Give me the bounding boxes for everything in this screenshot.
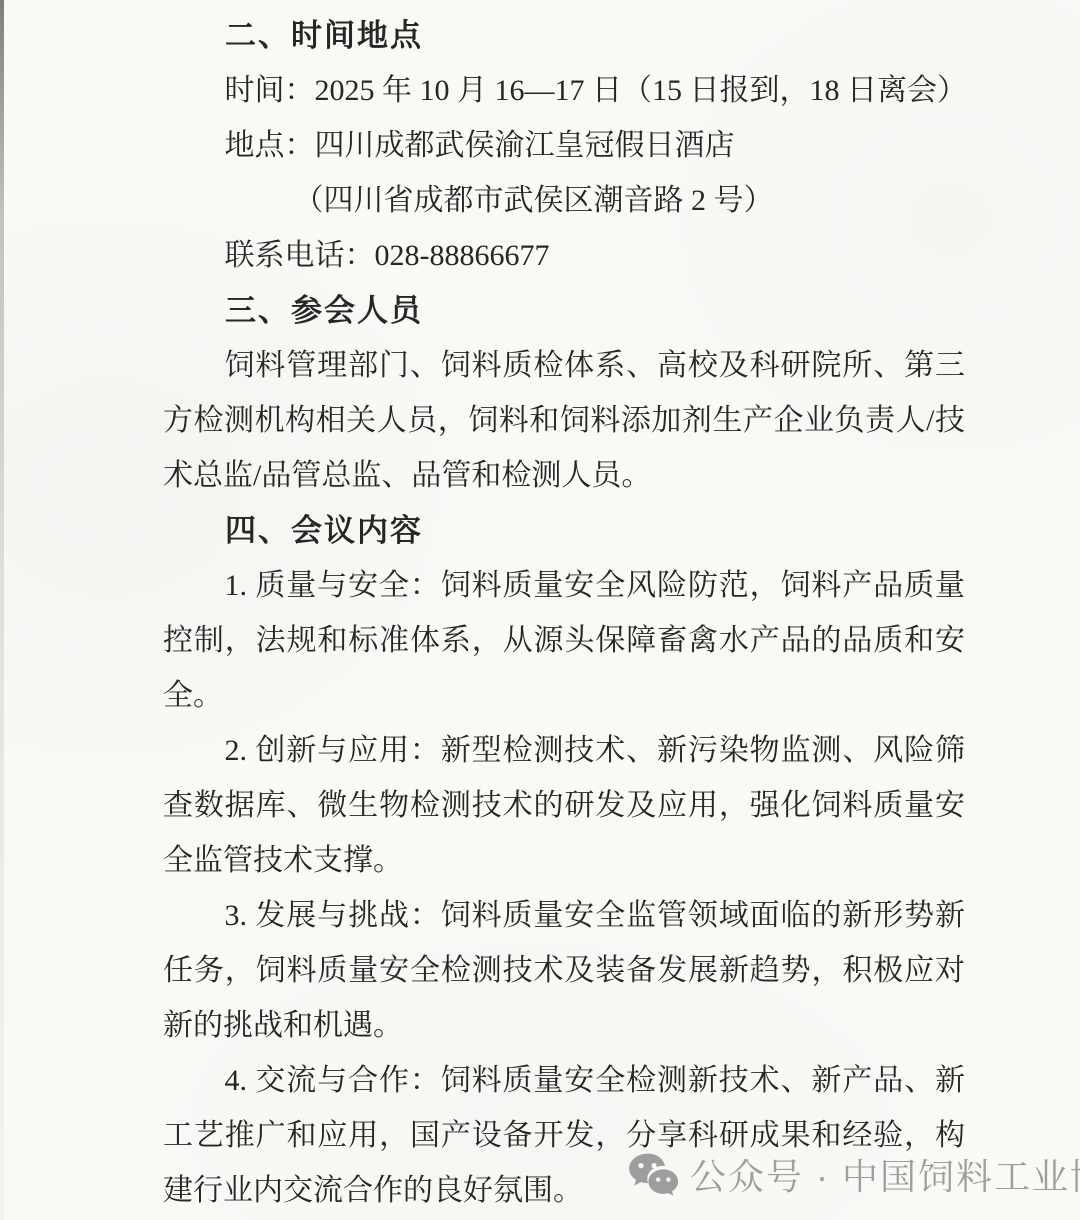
section-heading-attendees: 三、参会人员 [163,283,965,338]
time-line: 时间：2025 年 10 月 16—17 日（15 日报到，18 日离会） [163,63,965,118]
venue-line: 地点：四川成都武侯渝江皇冠假日酒店 [163,118,965,173]
agenda-item-1: 1. 质量与安全：饲料质量安全风险防范，饲料产品质量控制，法规和标准体系，从源头… [163,558,965,723]
section-heading-time-location: 二、时间地点 [163,8,965,63]
attendees-paragraph: 饲料管理部门、饲料质检体系、高校及科研院所、第三方检测机构相关人员，饲料和饲料添… [163,338,965,503]
address-line: （四川省成都市武侯区潮音路 2 号） [163,173,965,228]
wechat-icon [628,1151,680,1197]
wechat-watermark-label: 公众号 · 中国饲料工业协会 [690,1149,1080,1200]
agenda-item-3: 3. 发展与挑战：饲料质量安全监管领域面临的新形势新任务，饲料质量安全检测技术及… [163,888,965,1053]
document-page: 二、时间地点时间：2025 年 10 月 16—17 日（15 日报到，18 日… [0,0,1080,1220]
phone-line: 联系电话：028-88866677 [163,228,965,283]
wechat-watermark: 公众号 · 中国饲料工业协会 [628,1148,1080,1200]
section-heading-agenda: 四、会议内容 [163,503,965,558]
document-body: 二、时间地点时间：2025 年 10 月 16—17 日（15 日报到，18 日… [0,0,1080,1218]
agenda-item-2: 2. 创新与应用：新型检测技术、新污染物监测、风险筛查数据库、微生物检测技术的研… [163,723,965,888]
